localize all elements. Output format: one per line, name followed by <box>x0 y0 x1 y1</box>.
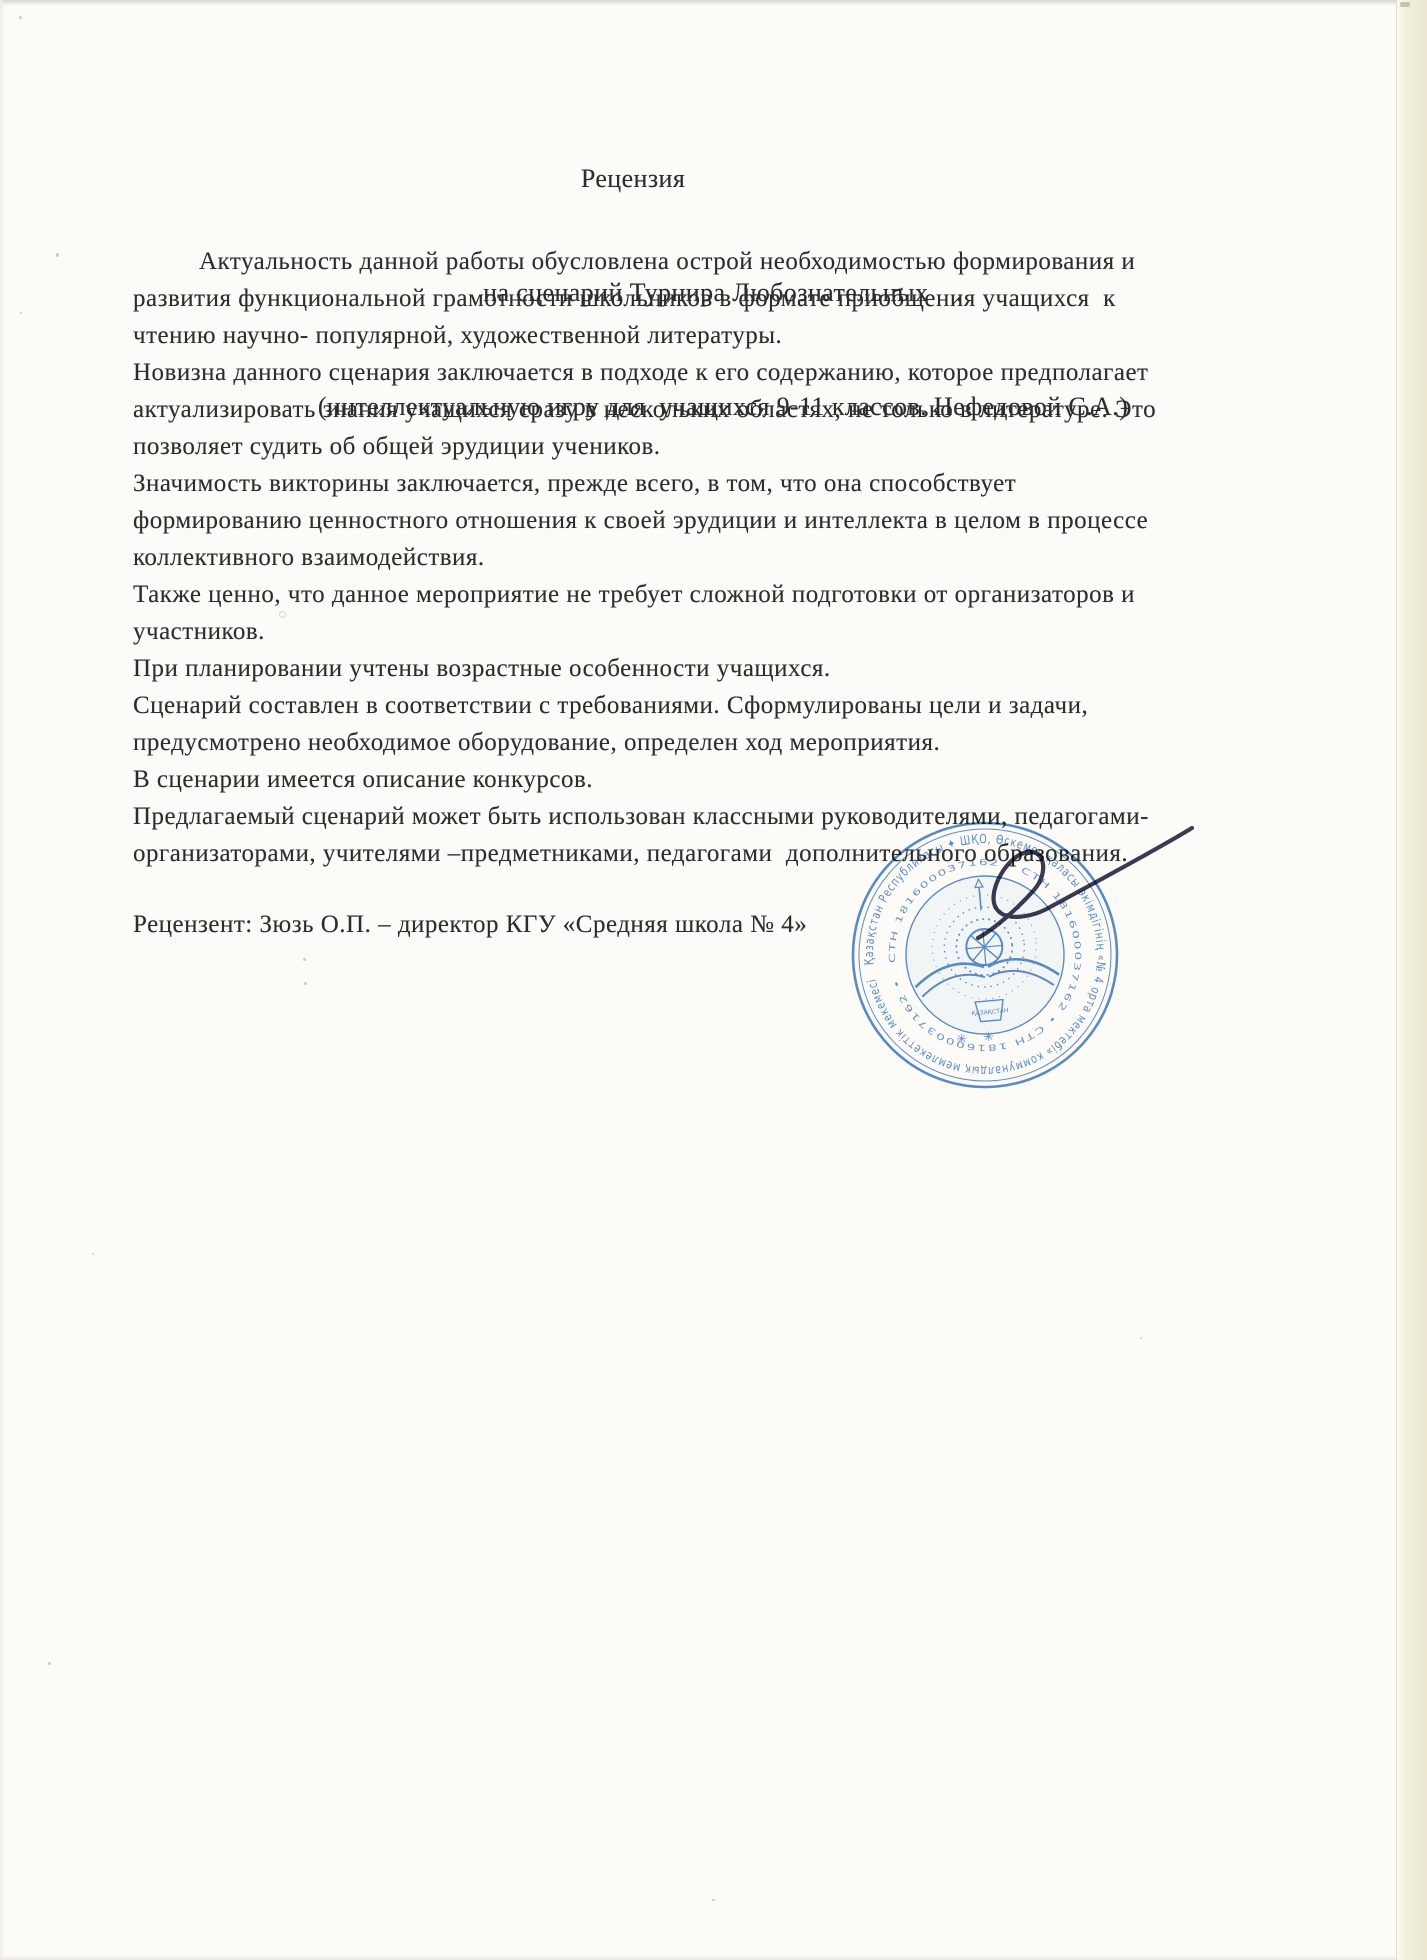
body-line: участников. <box>133 613 1318 650</box>
scan-corner-nick <box>1400 2 1410 7</box>
scan-edge-bottom <box>0 1955 1427 1960</box>
body-line: При планировании учтены возрастные особе… <box>133 650 1318 687</box>
scanned-document-page: Рецензия на сценарий Турнира Любознатель… <box>0 0 1427 1960</box>
body-line: Значимость викторины заключается, прежде… <box>133 465 1318 502</box>
body-line: формированию ценностного отношения к сво… <box>133 502 1318 539</box>
body-line: Сценарий составлен в соответствии с треб… <box>133 687 1318 724</box>
body-line: Актуальность данной работы обусловлена о… <box>133 243 1318 280</box>
body-line: чтению научно- популярной, художественно… <box>133 317 1318 354</box>
body-line: Новизна данного сценария заключается в п… <box>133 354 1318 391</box>
body-line: развития функциональной грамотности школ… <box>133 280 1318 317</box>
body-lines: Актуальность данной работы обусловлена о… <box>133 243 1318 872</box>
title-line-1: Рецензия <box>43 160 1223 198</box>
paper-edge-strip <box>1396 0 1427 1960</box>
body-line: позволяет судить об общей эрудиции учени… <box>133 428 1318 465</box>
body-line: предусмотрено необходимое оборудование, … <box>133 724 1318 761</box>
body-line: актуализировать знания учащихся сразу в … <box>133 391 1318 428</box>
scan-edge-top <box>0 0 1427 6</box>
body-line: Также ценно, что данное мероприятие не т… <box>133 576 1318 613</box>
scan-edge-left <box>0 0 5 1960</box>
signature-ink-icon <box>920 790 1220 990</box>
body-line: коллективного взаимодействия. <box>133 539 1318 576</box>
